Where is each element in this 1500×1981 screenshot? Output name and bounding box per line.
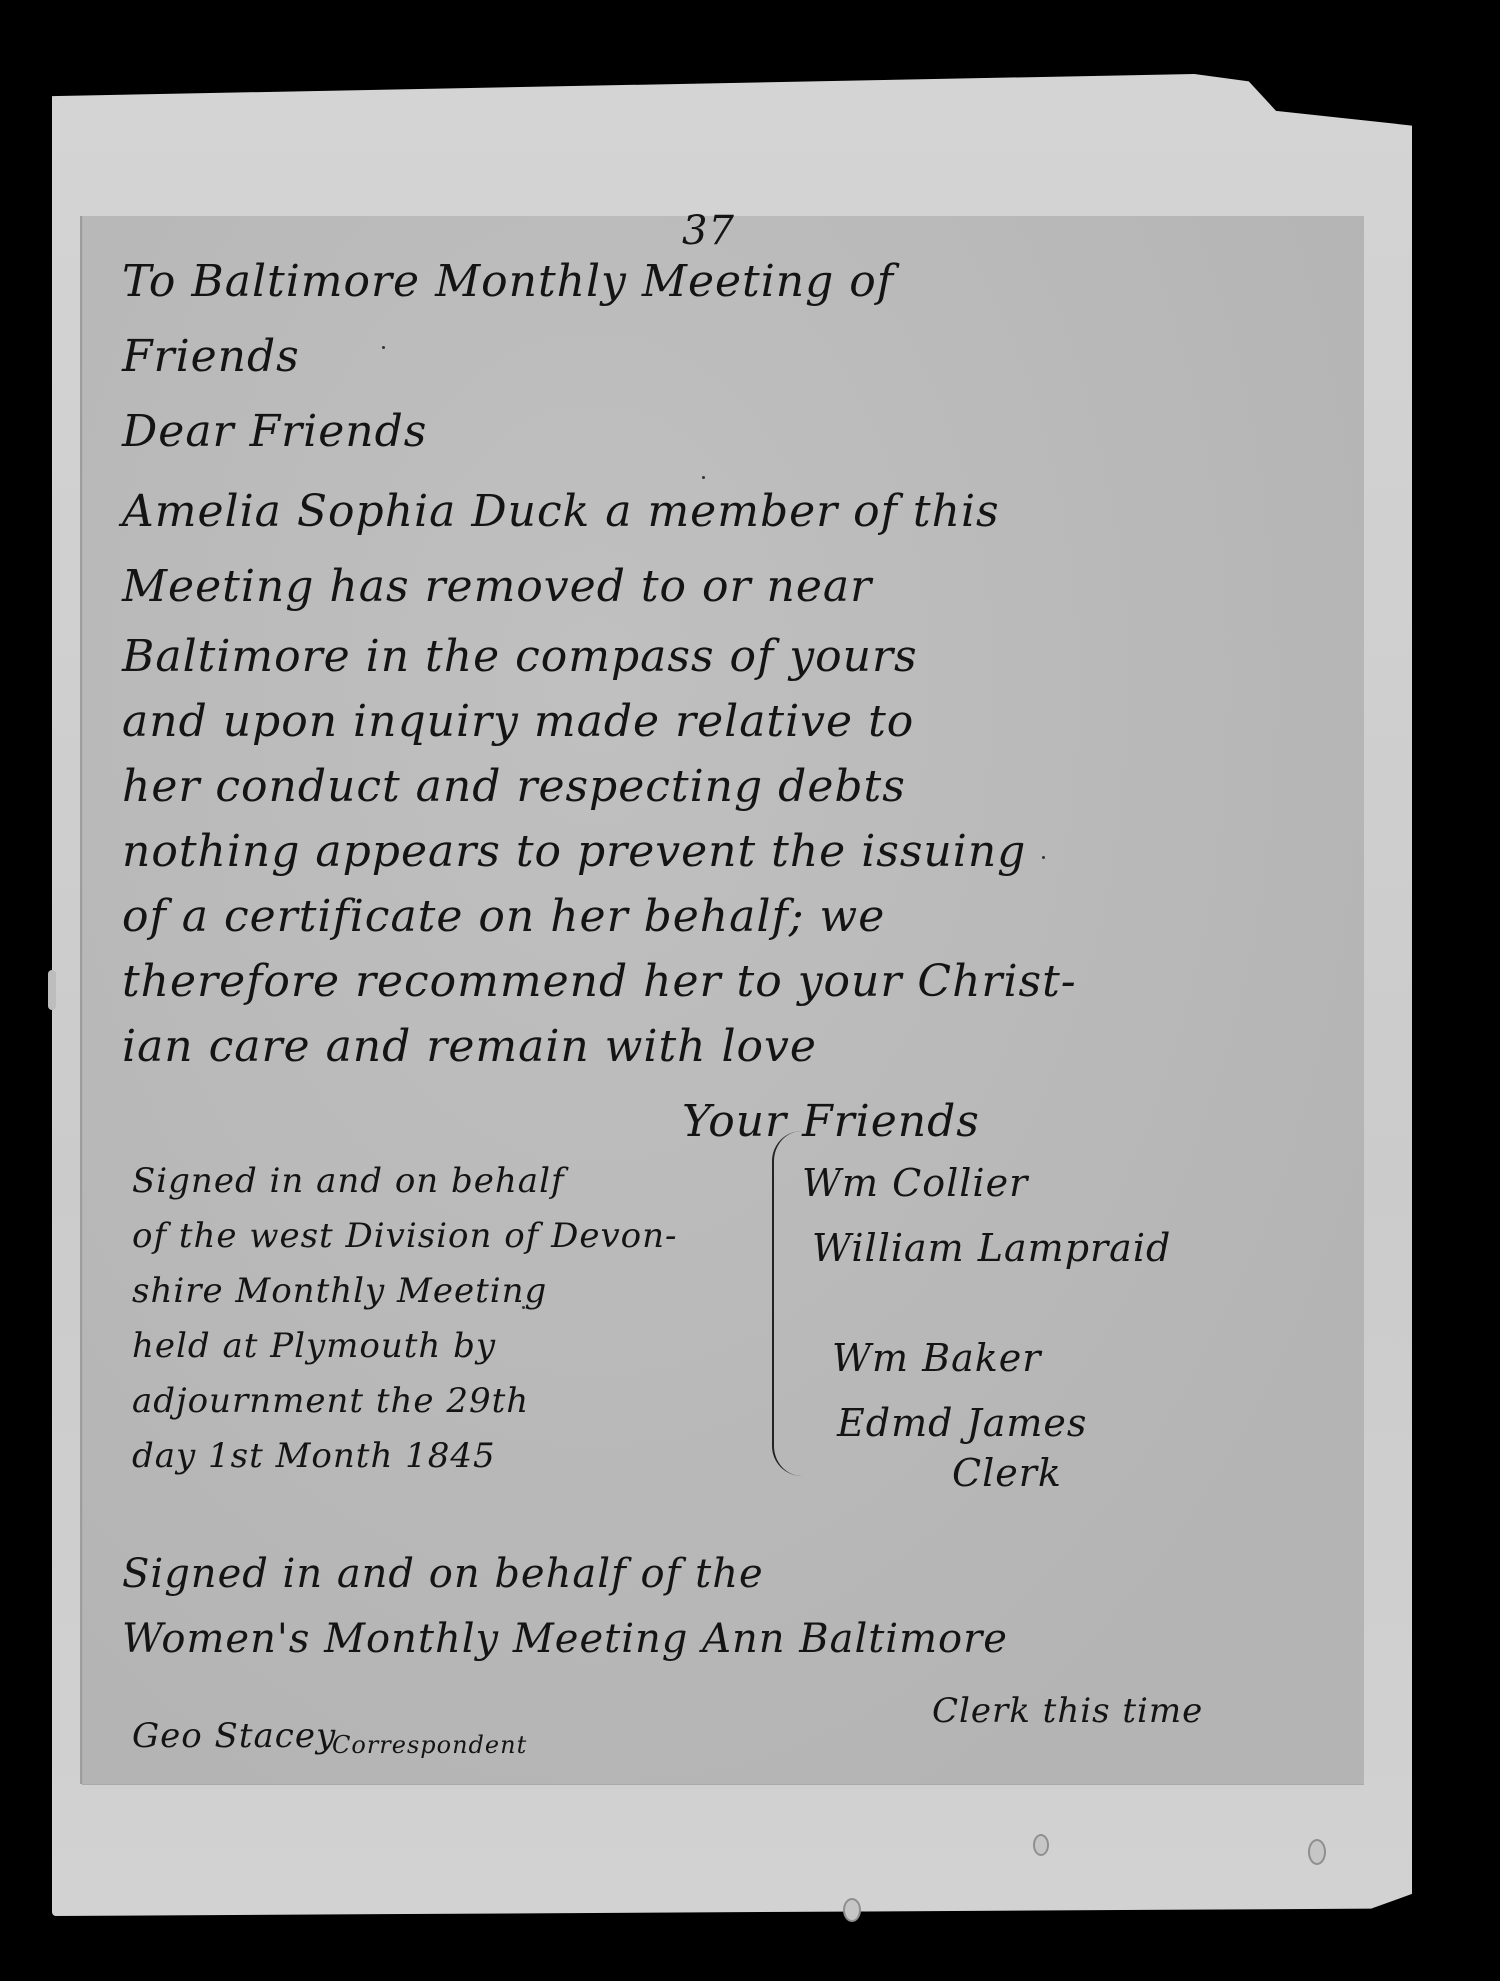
signed-block-line: adjournment the 29th <box>132 1381 529 1421</box>
endorsement-line: Signed in and on behalf of the <box>122 1551 764 1597</box>
body-line: her conduct and respecting debts <box>122 761 906 812</box>
ink-spot <box>1042 856 1045 859</box>
page-number: 37 <box>682 208 735 254</box>
body-line: ian care and remain with love <box>122 1021 817 1072</box>
endorsement-line: Clerk this time <box>932 1691 1203 1731</box>
correspondent-name: Geo Stacey <box>132 1716 336 1756</box>
signed-block-line: day 1st Month 1845 <box>132 1436 496 1476</box>
endorsement-line: Women's Monthly Meeting Ann Baltimore <box>122 1616 1008 1662</box>
signature: Edmd James <box>837 1401 1087 1445</box>
body-line: therefore recommend her to your Christ- <box>122 956 1077 1007</box>
paper-hole <box>843 1898 861 1922</box>
body-line: Meeting has removed to or near <box>122 561 872 612</box>
body-line: of a certificate on her behalf; we <box>122 891 885 942</box>
salutation: Dear Friends <box>122 406 427 457</box>
correspondent-role: Correspondent <box>332 1731 527 1759</box>
edge-fold-mark <box>48 970 56 1010</box>
signature: William Lampraid <box>812 1226 1171 1270</box>
signature: Wm Collier <box>802 1161 1028 1205</box>
ink-spot <box>382 346 385 349</box>
closing: Your Friends <box>682 1096 980 1147</box>
letter-sheet: 37 To Baltimore Monthly Meeting of Frien… <box>82 216 1364 1784</box>
signature: Wm Baker <box>832 1336 1041 1380</box>
body-line: and upon inquiry made relative to <box>122 696 914 747</box>
signature-title: Clerk <box>952 1451 1062 1495</box>
paper-hole <box>1033 1834 1049 1856</box>
ink-spot <box>702 476 705 479</box>
body-line: nothing appears to prevent the issuing <box>122 826 1026 877</box>
signed-block-line: Signed in and on behalf <box>132 1161 565 1201</box>
signed-block-line: shire Monthly Meeting <box>132 1271 547 1311</box>
signed-block-line: of the west Division of Devon- <box>132 1216 678 1256</box>
address-line: To Baltimore Monthly Meeting of <box>122 256 894 307</box>
body-line: Baltimore in the compass of yours <box>122 631 918 682</box>
signed-block-line: held at Plymouth by <box>132 1326 496 1366</box>
ink-spot <box>522 1306 525 1309</box>
body-line: Amelia Sophia Duck a member of this <box>122 486 1000 537</box>
paper-hole <box>1308 1839 1326 1865</box>
address-line: Friends <box>122 331 300 382</box>
